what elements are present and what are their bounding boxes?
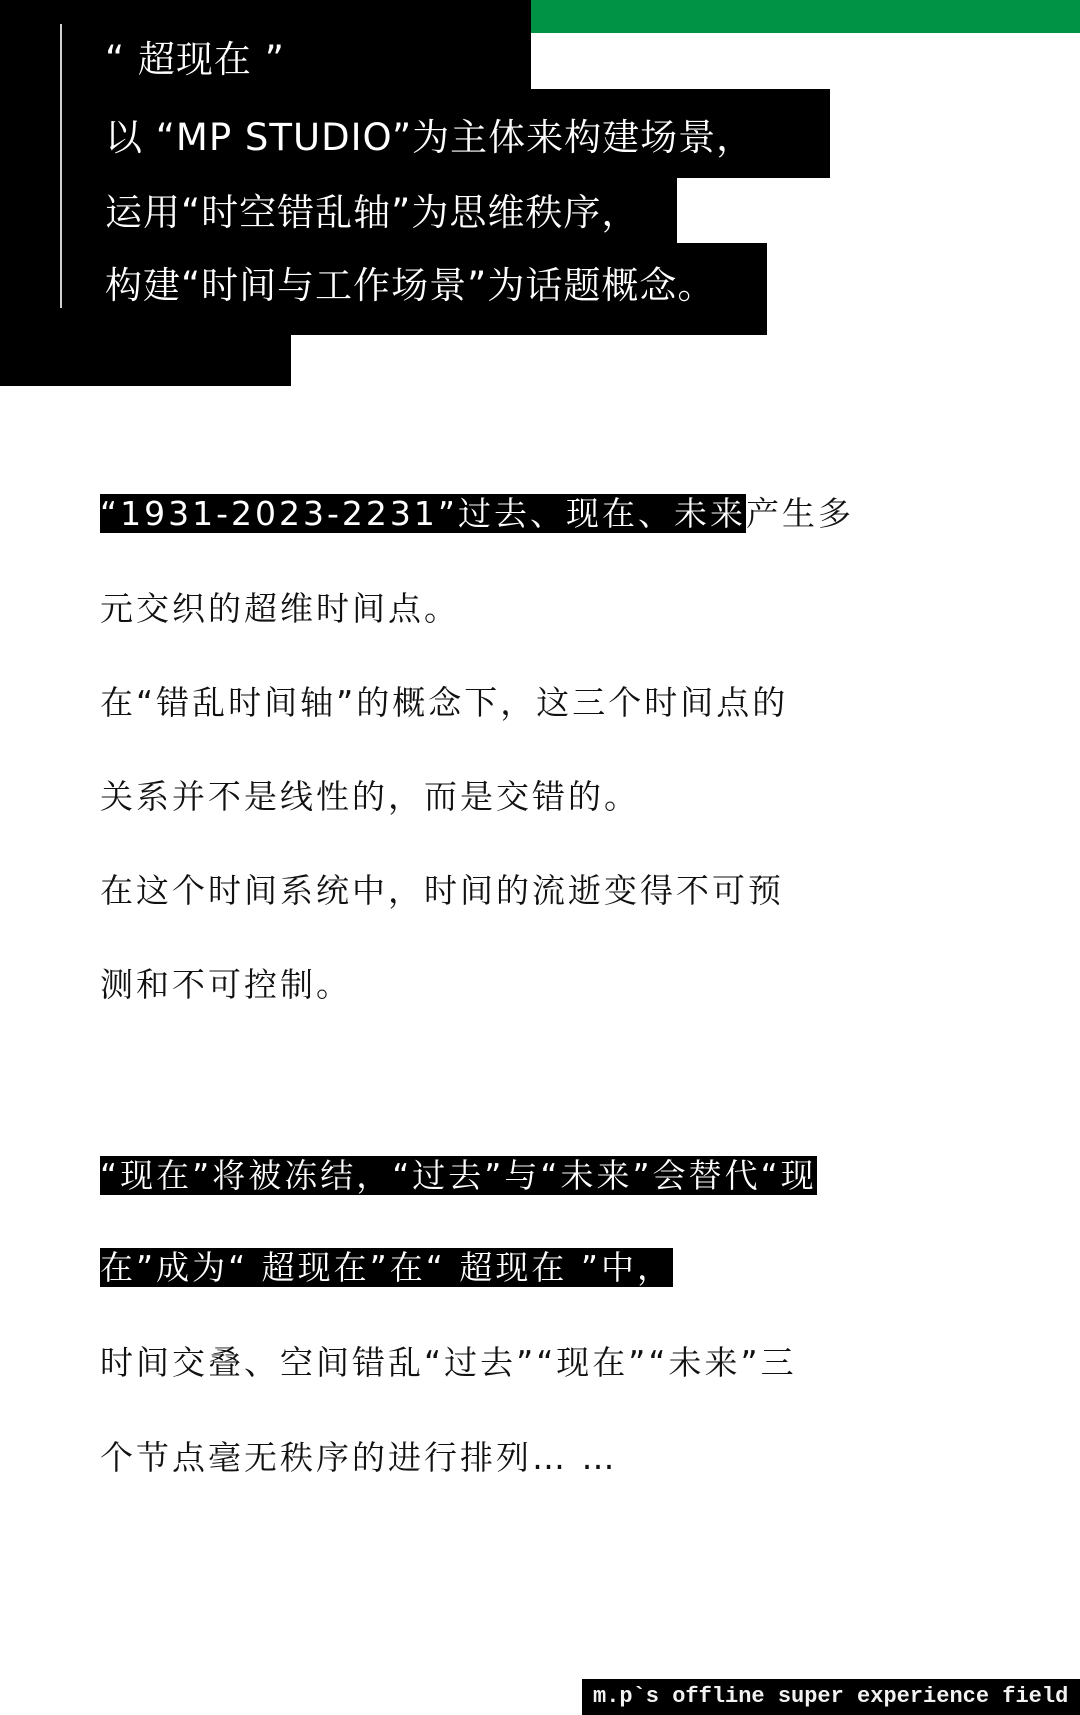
header-line-1: 以 “MP STUDIO”为主体来构建场景，	[105, 115, 754, 161]
paragraph-1-line-5: 在这个时间系统中，时间的流逝变得不可预	[100, 868, 784, 914]
paragraph-1-line-4: 关系并不是线性的，而是交错的。	[100, 774, 640, 820]
paragraph-2-line-3: 时间交叠、空间错乱“过去”“现在”“未来”三	[100, 1340, 797, 1386]
paragraph-1-line-2: 元交织的超维时间点。	[100, 586, 460, 632]
highlighted-text: “1931-2023-2231”过去、现在、未来	[100, 494, 746, 533]
highlighted-text: “现在”将被冻结，“过去”与“未来”会替代“现	[100, 1156, 817, 1195]
highlighted-text: 在”成为“ 超现在”在“ 超现在 ”中，	[100, 1248, 673, 1287]
body-text: 产生多	[746, 494, 854, 533]
paragraph-2-line-1: “现在”将被冻结，“过去”与“未来”会替代“现	[100, 1153, 817, 1199]
paragraph-1-line-6: 测和不可控制。	[100, 962, 352, 1008]
accent-green-bar	[531, 0, 1080, 33]
vertical-divider-line	[60, 24, 62, 308]
header-title: “ 超现在 ”	[105, 37, 285, 83]
paragraph-1-line-3: 在“错乱时间轴”的概念下，这三个时间点的	[100, 680, 788, 726]
paragraph-1-line-1: “1931-2023-2231”过去、现在、未来产生多	[100, 491, 854, 537]
header-line-2: 运用“时空错乱轴”为思维秩序，	[105, 190, 639, 236]
footer-tagline: m.p`s offline super experience field	[582, 1679, 1080, 1715]
paragraph-2-line-4: 个节点毫无秩序的进行排列… …	[100, 1435, 618, 1481]
paragraph-2-line-2: 在”成为“ 超现在”在“ 超现在 ”中，	[100, 1245, 673, 1291]
header-line-3: 构建“时间与工作场景”为话题概念。	[105, 263, 715, 309]
header-block-5	[0, 334, 291, 386]
